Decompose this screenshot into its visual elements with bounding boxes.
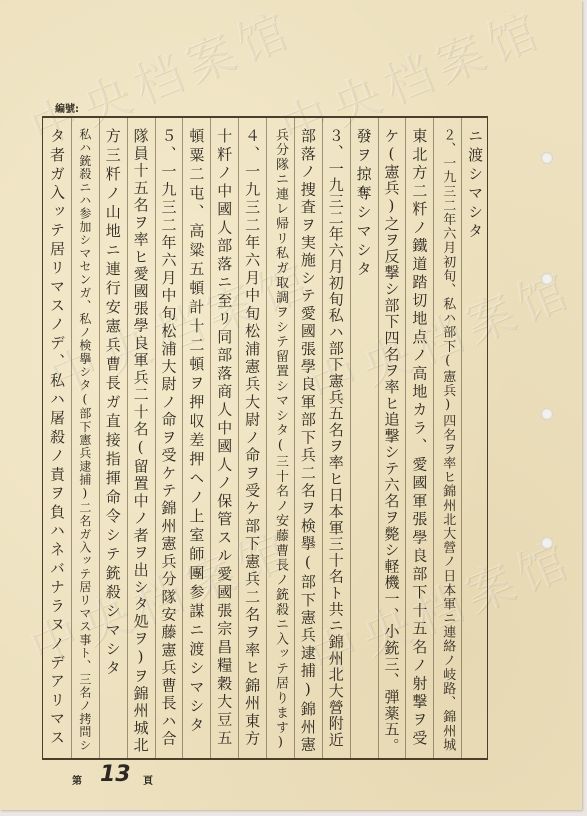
page-number: 13 xyxy=(100,762,131,787)
text-column: ニ渡シマシタ xyxy=(465,128,485,242)
text-column: 十粁ノ中國人部落ニ至リ同部落商人中國人ノ保管スル愛國張宗昌糧穀大豆五 xyxy=(214,128,234,748)
text-column: 隊員十五名ヲ率ヒ愛國張學良軍兵二十名(留置中ノ者ヲ出シタ処ヲ)ヲ錦州城北 xyxy=(131,128,151,754)
text-column: 私ハ銃殺ニハ参加シマセンガ、私ノ検擧シタ(部下憲兵逮捕)二名ガ入ッテ居リマス事ト… xyxy=(75,128,95,752)
grid-line xyxy=(210,118,211,758)
grid-line xyxy=(238,118,239,758)
grid-line xyxy=(350,118,351,758)
text-column: 頓粟二屯、高粱五頓計十二頓ヲ押収差押ヘノ上室師團参謀ニ渡シマシタ xyxy=(186,128,206,736)
grid-line xyxy=(71,118,72,758)
grid-line xyxy=(99,118,100,758)
text-column: 部落ノ捜査ヲ実施シテ愛國張學良軍部下兵二名ヲ検擧(部下憲兵逮捕)錦州憲 xyxy=(298,128,318,754)
grid-line xyxy=(405,118,406,758)
text-column: タ者ガ入ッテ居リマスノデ、私ハ屠殺ノ責ヲ負ハネバナラヌノデアリマス xyxy=(47,128,67,748)
text-column: ４、一九三二年六月中旬松浦憲兵大尉ノ命ヲ受ケ部下憲兵二名ヲ率ヒ錦州東方 xyxy=(242,128,262,748)
text-column: ３、一九三二年六月初旬私ハ部下憲兵五名ヲ率ヒ日本軍三十名ト共ニ錦州北大營附近 xyxy=(326,128,346,748)
grid-line xyxy=(461,118,462,758)
grid-line xyxy=(294,118,295,758)
grid-line xyxy=(266,118,267,758)
serial-number-label: 編號: xyxy=(55,100,79,115)
grid-line xyxy=(127,118,128,758)
text-column: 方三粁ノ山地ニ連行安憲兵曹長ガ直接指揮命令シテ銃殺シマシタ xyxy=(103,128,123,679)
manuscript-grid: ニ渡シマシタ２、一九三二年六月初旬、私ハ部下(憲兵)四名ヲ率ヒ錦州北大營ノ日本軍… xyxy=(42,116,488,760)
page-prefix: 第 xyxy=(72,772,82,787)
binding-hole xyxy=(541,537,553,549)
text-column: 兵分隊ニ連レ帰リ私ガ取調ヲシテ留置シマシタ(三十名ノ安藤曹長ノ銃殺ニ入ッテ居りま… xyxy=(270,128,290,752)
grid-line xyxy=(322,118,323,758)
grid-line xyxy=(378,118,379,758)
binding-hole xyxy=(541,273,553,285)
binding-hole xyxy=(541,408,553,420)
text-column: ５、一九三二年六月中旬松浦大尉ノ命ヲ受ケテ錦州憲兵分隊安藤憲兵曹長ハ合 xyxy=(158,128,178,748)
binding-hole xyxy=(541,152,553,164)
grid-line xyxy=(433,118,434,758)
page-suffix: 頁 xyxy=(143,772,153,787)
text-column: ケ(憲兵)之ヲ反撃シ部下四名ヲ率ヒ追撃シテ六名ヲ斃シ軽機一、小銃三、弾薬五。 xyxy=(381,128,401,754)
text-column: ２、一九三二年六月初旬、私ハ部下(憲兵)四名ヲ率ヒ錦州北大營ノ日本軍ニ連絡ノ岐路… xyxy=(437,128,457,752)
grid-line xyxy=(182,118,183,758)
grid-line xyxy=(155,118,156,758)
document-sheet: 中央档案馆 中央档案馆 中央档案馆 中央档案馆 中央档案馆 中央档案馆 編號: … xyxy=(0,0,582,810)
text-column: 發ヲ掠奪シマシタ xyxy=(354,128,374,280)
text-column: 東北方二粁ノ鐵道踏切地点ノ高地カラ、愛國軍張學良部下十五名ノ射撃ヲ受 xyxy=(409,128,429,748)
